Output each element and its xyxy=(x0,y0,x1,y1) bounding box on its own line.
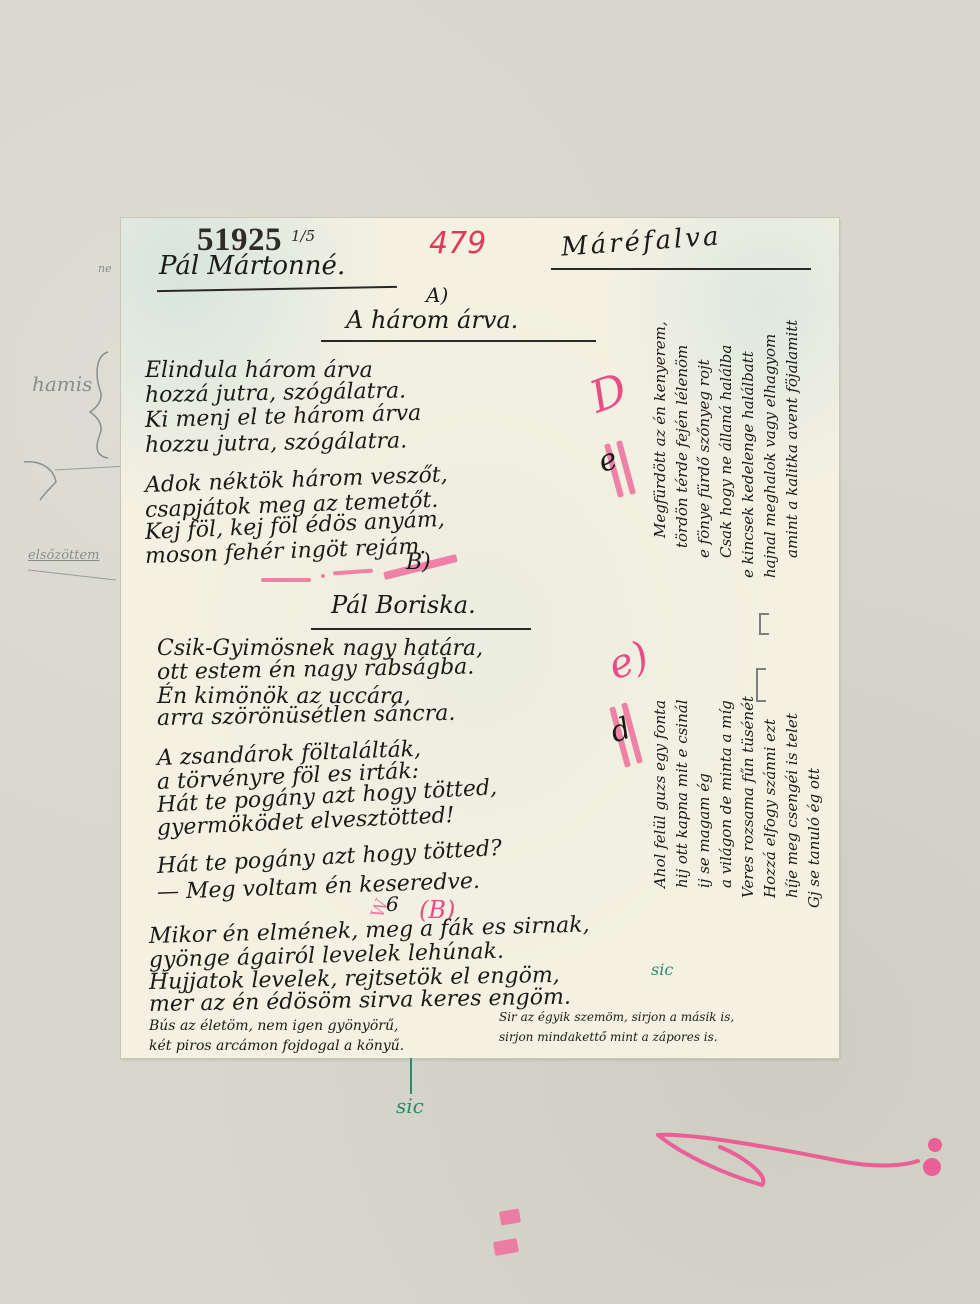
song-c-line: Bús az életöm, nem igen gyönyörű, xyxy=(149,1018,398,1034)
margin-note-hamis: hamis xyxy=(32,372,92,396)
vertical-note-line: Megfürdött az én kenyerem, xyxy=(651,321,669,538)
pink-dash xyxy=(333,569,373,576)
sic-note-below: sic xyxy=(396,1094,424,1118)
song-c-line: két piros arcámon fojdogal a könyű. xyxy=(149,1038,404,1054)
place-underline xyxy=(551,268,811,270)
pencil-bracket-mark xyxy=(756,668,766,702)
section-label-a: A) xyxy=(426,283,448,307)
vertical-note-line: tördön térde fején lélenöm xyxy=(673,345,691,548)
sic-pointer-line xyxy=(410,1058,412,1094)
sic-note-inline: sic xyxy=(651,960,673,979)
vertical-note-lower-line: Gj se tanuló ég ott xyxy=(805,768,823,908)
pink-scribble xyxy=(493,1238,519,1256)
pink-flourish xyxy=(650,1125,950,1195)
mount-note-ne: ne xyxy=(98,262,112,275)
pencil-letter-d: d xyxy=(606,711,636,750)
song-b-line: ott estem én nagy rabságba. xyxy=(157,654,475,685)
vertical-note-line: e fönye fürdő szőnyeg rojt xyxy=(695,359,713,558)
vertical-note-lower-line: ij se magam ég xyxy=(695,773,713,888)
vertical-note-lower-line: híje meg csengéi is telet xyxy=(783,713,801,898)
song-a-title: A három árva. xyxy=(346,306,518,334)
pink-dash xyxy=(261,578,311,582)
song-a-line: hozzu jutra, szógálatra. xyxy=(145,428,408,458)
song-c-pencil-number: 6 xyxy=(386,892,399,916)
song-b-title-underline xyxy=(311,628,531,630)
song-a-title-underline xyxy=(321,340,596,342)
pink-scribble xyxy=(499,1208,521,1225)
margin-note-elsoban: elsőzöttem xyxy=(28,548,100,563)
manuscript-sheet: 51925 1/5 479 Pál Mártonné. Máréfalva A)… xyxy=(121,218,839,1058)
pink-dot xyxy=(321,574,325,578)
vertical-note-lower-line: Hozzá elfogy szánni ezt xyxy=(761,719,779,898)
vertical-note-line: e kincsek kedelenge halálbatt xyxy=(739,351,757,578)
heading-underline xyxy=(157,286,397,292)
pink-circled-e: e) xyxy=(602,633,655,690)
song-b-line: arra szörönüsétlen sáncra. xyxy=(157,701,456,731)
pencil-bracket-mark xyxy=(759,613,769,635)
vertical-note-lower-line: hij ott kapna mit e csinál xyxy=(673,700,691,889)
song-b-label: B) xyxy=(406,550,431,575)
vertical-note-line: amint a kalitka avent föjalamitt xyxy=(783,320,801,558)
song-c-margin-line: Sir az égyik szemöm, sirjon a másik is, xyxy=(499,1010,734,1024)
archive-stamp-suffix: 1/5 xyxy=(291,227,315,245)
vertical-note-lower-line: a világon de minta a míg xyxy=(717,700,735,888)
song-b-singer: Pál Boriska. xyxy=(331,591,476,619)
vertical-note-lower-line: Veres rozsama fűn tüsénét xyxy=(739,696,757,898)
vertical-note-line: Csak hogy ne állaná halálba xyxy=(717,345,735,558)
vertical-note-lower-line: Ahol felül guzs egy fonta xyxy=(651,700,669,888)
pencil-underline xyxy=(26,562,126,582)
vertical-note-line: hajnal meghalok vagy elhagyom xyxy=(761,334,779,578)
pink-circled-d-top: D xyxy=(583,364,634,424)
collector-heading: Pál Mártonné. xyxy=(159,251,345,281)
song-c-margin-line: sirjon mindakettő mint a zápores is. xyxy=(499,1030,718,1044)
place-name: Máréfalva xyxy=(560,221,722,262)
red-catalog-number: 479 xyxy=(429,226,486,261)
